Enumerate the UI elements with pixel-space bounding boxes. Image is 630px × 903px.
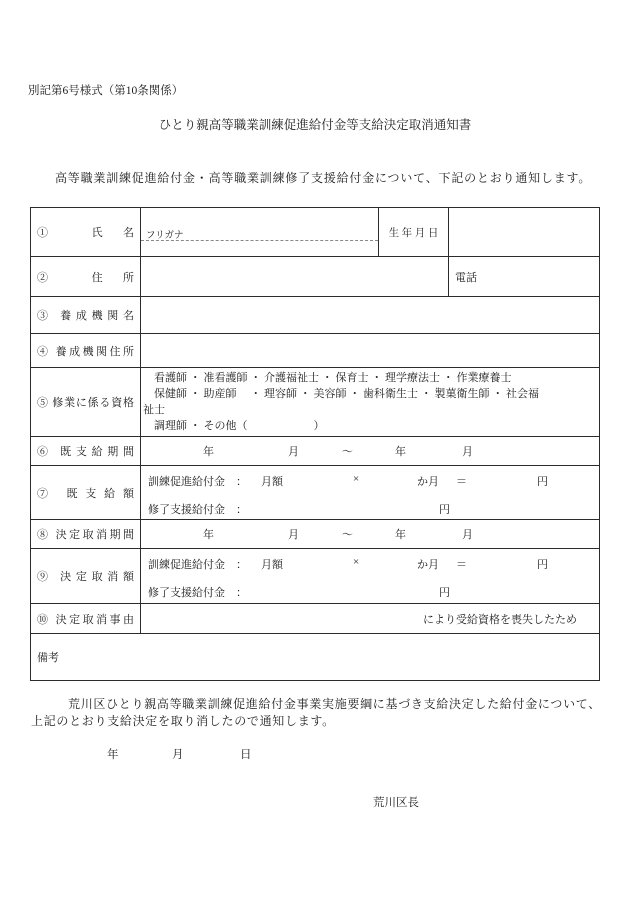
row-paid-period: ⑥ 既支給期間 年 月 ～ 年 月	[31, 437, 600, 466]
year-token: 年	[107, 746, 119, 762]
tilde-token: ～	[342, 526, 353, 542]
paid-period-label: ⑥ 既支給期間	[31, 437, 141, 466]
year-token: 年	[203, 526, 214, 542]
colon-token: ：	[236, 584, 247, 600]
form-number: 別記第6号様式（第10条関係）	[28, 82, 183, 98]
month-token: 月	[462, 526, 473, 542]
issuer-name: 荒川区長	[373, 794, 419, 810]
multiply-token: ×	[353, 473, 359, 485]
tilde-token: ～	[342, 443, 353, 459]
yen-token: 円	[537, 556, 548, 572]
row-cancel-period: ⑧ 決定取消期間 年 月 ～ 年 月	[31, 520, 600, 549]
cancel-reason-field: により受給資格を喪失したため	[141, 604, 600, 634]
months-token: か月	[417, 556, 439, 572]
multiply-token: ×	[353, 556, 359, 568]
closing-text-line1: 荒川区ひとり親高等職業訓練促進給付金事業実施要綱に基づき支給決定した給付金につい…	[68, 695, 601, 712]
equals-token: ＝	[456, 556, 467, 572]
qualification-line: 調理師 ・ その他（ ）	[141, 418, 595, 434]
name-field: フリガナ	[141, 208, 379, 257]
qualification-options: 看護師 ・ 准看護師 ・ 介護福祉士 ・ 保育士 ・ 理学療法士 ・ 作業療養士…	[141, 368, 600, 437]
month-token: 月	[172, 746, 184, 762]
furigana-label: フリガナ	[141, 224, 378, 241]
form-table: ① 氏名 フリガナ 生 年 月 日 ② 住所 電話 ③ 養成機関名 ④ 養成機関…	[30, 207, 600, 681]
row-remarks: 備考	[31, 634, 600, 681]
cancel-amount-label: ⑨ 決定取消額	[31, 549, 141, 604]
address-label: ② 住所	[31, 257, 141, 297]
year-token: 年	[395, 526, 406, 542]
intro-text: 高等職業訓練促進給付金・高等職業訓練修了支援給付金について、下記のとおり通知しま…	[55, 169, 591, 186]
cancel-period-field: 年 月 ～ 年 月	[141, 520, 600, 549]
address-field	[141, 257, 449, 297]
qualification-line: 保健師 ・ 助産師 ・ 理容師 ・ 美容師 ・ 歯科衛生士 ・ 製菓衛生師 ・ …	[141, 386, 595, 402]
document-page: 別記第6号様式（第10条関係） ひとり親高等職業訓練促進給付金等支給決定取消通知…	[0, 0, 630, 903]
paid-amount-label: ⑦ 既支給額	[31, 466, 141, 520]
training-benefit-label: 訓練促進給付金	[148, 556, 225, 572]
month-token: 月	[288, 443, 299, 459]
month-token: 月	[462, 443, 473, 459]
qualification-label: ⑤ 修業に係る資格	[31, 368, 141, 437]
row-address: ② 住所 電話	[31, 257, 600, 297]
paid-amount-field: 訓練促進給付金 ： 月額 × か月 ＝ 円 修了支援給付金 ： 円	[141, 466, 600, 520]
document-title: ひとり親高等職業訓練促進給付金等支給決定取消通知書	[0, 115, 630, 133]
qualification-line: 祉士	[141, 402, 595, 418]
qualification-line: 看護師 ・ 准看護師 ・ 介護福祉士 ・ 保育士 ・ 理学療法士 ・ 作業療養士	[141, 370, 595, 386]
day-token: 日	[240, 746, 252, 762]
remarks-field: 備考	[31, 634, 600, 681]
institution-address-field	[141, 334, 600, 368]
row-cancel-reason: ⑩ 決定取消事由 により受給資格を喪失したため	[31, 604, 600, 634]
paid-period-field: 年 月 ～ 年 月	[141, 437, 600, 466]
cancel-amount-field: 訓練促進給付金 ： 月額 × か月 ＝ 円 修了支援給付金 ： 円	[141, 549, 600, 604]
months-token: か月	[417, 473, 439, 489]
cancel-period-label: ⑧ 決定取消期間	[31, 520, 141, 549]
month-token: 月	[288, 526, 299, 542]
closing-text-line2: 上記のとおり支給決定を取り消したので通知します。	[31, 712, 335, 729]
birthdate-field	[449, 208, 600, 257]
row-cancel-amount: ⑨ 決定取消額 訓練促進給付金 ： 月額 × か月 ＝ 円 修了支援給付金 ： …	[31, 549, 600, 604]
year-token: 年	[203, 443, 214, 459]
row-institution-name: ③ 養成機関名	[31, 297, 600, 334]
row-name: ① 氏名 フリガナ 生 年 月 日	[31, 208, 600, 257]
row-institution-address: ④ 養成機関住所	[31, 334, 600, 368]
year-token: 年	[395, 443, 406, 459]
institution-name-field	[141, 297, 600, 334]
row-paid-amount: ⑦ 既支給額 訓練促進給付金 ： 月額 × か月 ＝ 円 修了支援給付金 ： 円	[31, 466, 600, 520]
colon-token: ：	[236, 556, 247, 572]
cancel-reason-label: ⑩ 決定取消事由	[31, 604, 141, 634]
training-benefit-label: 訓練促進給付金	[148, 473, 225, 489]
yen-token: 円	[439, 584, 450, 600]
birthdate-label: 生 年 月 日	[379, 208, 449, 257]
institution-address-label: ④ 養成機関住所	[31, 334, 141, 368]
colon-token: ：	[236, 473, 247, 489]
completion-benefit-label: 修了支援給付金	[148, 501, 225, 517]
monthly-amount-label: 月額	[261, 473, 283, 489]
equals-token: ＝	[456, 473, 467, 489]
phone-label: 電話	[449, 257, 600, 297]
row-qualification: ⑤ 修業に係る資格 看護師 ・ 准看護師 ・ 介護福祉士 ・ 保育士 ・ 理学療…	[31, 368, 600, 437]
monthly-amount-label: 月額	[261, 556, 283, 572]
name-label: ① 氏名	[31, 208, 141, 257]
yen-token: 円	[439, 501, 450, 517]
yen-token: 円	[537, 473, 548, 489]
completion-benefit-label: 修了支援給付金	[148, 584, 225, 600]
colon-token: ：	[236, 501, 247, 517]
institution-name-label: ③ 養成機関名	[31, 297, 141, 334]
